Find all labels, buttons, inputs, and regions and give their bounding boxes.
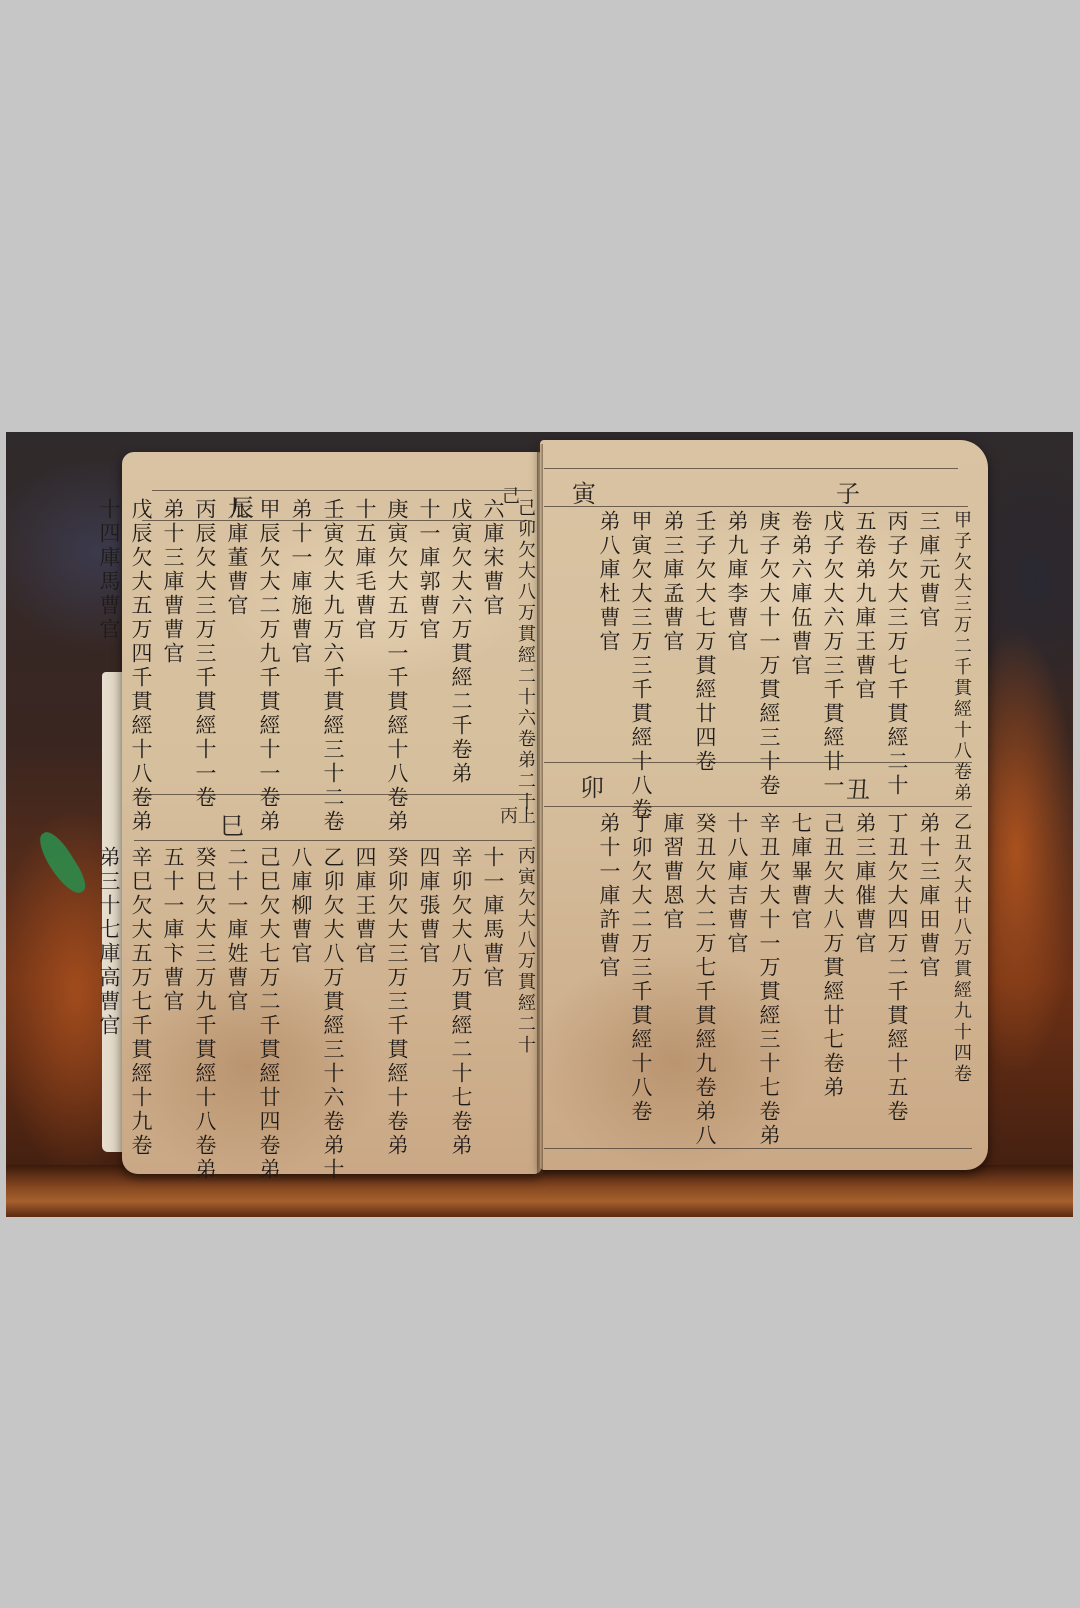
ledger-column: 弟十三庫曹曹官 [160, 498, 186, 790]
ledger-column: 丁丑欠大四万二千貫經十五卷 [884, 812, 910, 1142]
right-top-columns: 甲子欠大三万二千貫經十八卷弟 三庫元曹官 丙子欠大三万七千貫經二十 五卷弟九庫王… [596, 510, 974, 760]
ruled-line [134, 840, 532, 841]
ruled-line [152, 490, 532, 491]
ledger-column: 九庫董曹官 [224, 498, 250, 790]
ledger-column: 甲子欠大三万二千貫經十八卷弟 [948, 510, 974, 760]
ledger-column: 乙卯欠大八万貫經三十六卷弟十 [320, 846, 346, 1166]
ledger-column: 弟三庫催曹官 [852, 812, 878, 1142]
section-header-chou: 丑 [846, 770, 870, 805]
ledger-column: 十八庫吉曹官 [724, 812, 750, 1142]
right-page: 子 寅 甲子欠大三万二千貫經十八卷弟 三庫元曹官 丙子欠大三万七千貫經二十 五卷… [540, 440, 988, 1170]
ledger-column: 十一庫郭曹官 [416, 498, 442, 790]
ledger-column: 丙子欠大三万七千貫經二十 [884, 510, 910, 760]
ledger-column: 弟十三庫田曹官 [916, 812, 942, 1142]
ledger-column: 十四庫馬曹官 [96, 498, 122, 790]
book-spine-fold [537, 444, 543, 1174]
green-paint-mark [33, 827, 90, 899]
ruled-line [544, 1148, 972, 1149]
ledger-column: 五十一庫卞曹官 [160, 846, 186, 1166]
ledger-column: 庚寅欠大五万一千貫經十八卷弟 [384, 498, 410, 790]
ledger-column: 四庫王曹官 [352, 846, 378, 1166]
ledger-column: 乙丑欠大廿八万貫經九十四卷 [948, 812, 974, 1142]
section-header-si: 巳 [220, 806, 244, 841]
ruled-line [544, 468, 958, 469]
section-header-bing: 丙上 [500, 802, 536, 828]
section-header-yin: 寅 [572, 474, 596, 509]
ledger-column: 己巳欠大七万二千貫經廿四卷弟 [256, 846, 282, 1166]
section-header-zi: 子 [836, 474, 860, 509]
ledger-column: 癸巳欠大三万九千貫經十八卷弟 [192, 846, 218, 1166]
right-bottom-columns: 乙丑欠大廿八万貫經九十四卷 弟十三庫田曹官 丁丑欠大四万二千貫經十五卷 弟三庫催… [596, 812, 974, 1142]
ledger-column: 甲辰欠大二万九千貫經十一卷弟 [256, 498, 282, 790]
ledger-column: 庚子欠大十一万貫經三十卷 [756, 510, 782, 760]
ledger-column: 七庫畢曹官 [788, 812, 814, 1142]
left-bottom-columns: 丙寅欠大八万貫經二十 十一庫馬曹官 辛卯欠大八万貫經二十七卷弟 四庫張曹官 癸卯… [96, 846, 538, 1166]
ledger-column: 十五庫毛曹官 [352, 498, 378, 790]
ledger-column: 卷弟六庫伍曹官 [788, 510, 814, 760]
ledger-column: 辛巳欠大五万七千貫經十九卷 [128, 846, 154, 1166]
ledger-column: 戊寅欠大六万貫經二千卷弟 [448, 498, 474, 790]
section-header-mao: 卯 [580, 768, 604, 803]
ledger-column: 八庫柳曹官 [288, 846, 314, 1166]
ledger-column: 戊辰欠大五万四千貫經十八卷弟 [128, 498, 154, 790]
ledger-column: 四庫張曹官 [416, 846, 442, 1166]
ledger-column: 五卷弟九庫王曹官 [852, 510, 878, 760]
left-page: 己 辰 己卯欠大八万貫經二十六卷弟二十 六庫宋曹官 戊寅欠大六万貫經二千卷弟 十… [122, 452, 542, 1174]
ledger-column: 庫習曹恩官 [660, 812, 686, 1142]
ledger-column: 弟九庫李曹官 [724, 510, 750, 760]
ledger-column: 壬子欠大七万貫經廿四卷 [692, 510, 718, 760]
ledger-column: 弟三十七庫高曹官 [96, 846, 122, 1166]
ruled-line [544, 506, 968, 507]
ruled-line [544, 806, 972, 807]
ledger-column: 丁卯欠大二万三千貫經十八卷 [628, 812, 654, 1142]
ledger-column: 十一庫馬曹官 [480, 846, 506, 1166]
ledger-column: 甲寅欠大三万三千貫經十八卷 [628, 510, 654, 760]
ledger-column: 己卯欠大八万貫經二十六卷弟二十 [512, 498, 538, 790]
ledger-column: 弟十一庫施曹官 [288, 498, 314, 790]
ledger-column: 癸丑欠大二万七千貫經九卷弟八 [692, 812, 718, 1142]
ledger-column: 六庫宋曹官 [480, 498, 506, 790]
ledger-column: 辛丑欠大十一万貫經三十七卷弟 [756, 812, 782, 1142]
ledger-column: 弟八庫杜曹官 [596, 510, 622, 760]
ledger-column: 弟十一庫許曹官 [596, 812, 622, 1142]
ledger-column: 癸卯欠大三万三千貫經十卷弟 [384, 846, 410, 1166]
ledger-column: 弟三庫孟曹官 [660, 510, 686, 760]
left-top-columns: 己卯欠大八万貫經二十六卷弟二十 六庫宋曹官 戊寅欠大六万貫經二千卷弟 十一庫郭曹… [96, 498, 538, 790]
manuscript-photo: 己 辰 己卯欠大八万貫經二十六卷弟二十 六庫宋曹官 戊寅欠大六万貫經二千卷弟 十… [6, 432, 1073, 1217]
ledger-column: 戊子欠大六万三千貫經廿一 [820, 510, 846, 760]
ledger-column: 二十一庫姓曹官 [224, 846, 250, 1166]
ledger-column: 壬寅欠大九万六千貫經三十二卷 [320, 498, 346, 790]
ledger-column: 辛卯欠大八万貫經二十七卷弟 [448, 846, 474, 1166]
ledger-column: 三庫元曹官 [916, 510, 942, 760]
ledger-column: 丙寅欠大八万貫經二十 [512, 846, 538, 1166]
ledger-column: 己丑欠大八万貫經廿七卷弟 [820, 812, 846, 1142]
ledger-column: 丙辰欠大三万三千貫經十一卷 [192, 498, 218, 790]
